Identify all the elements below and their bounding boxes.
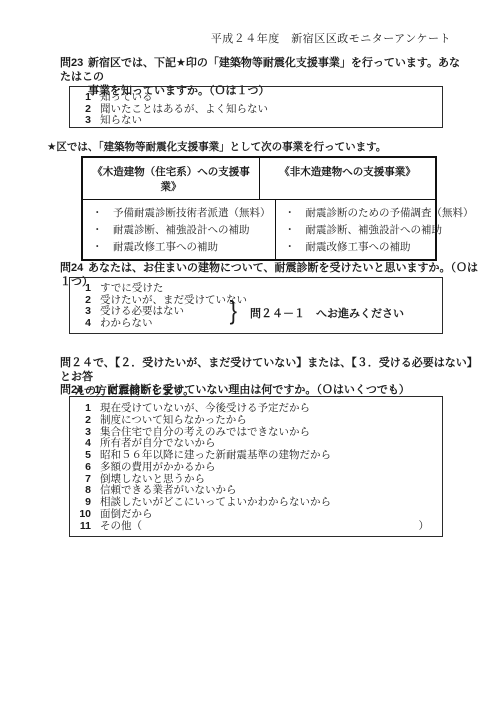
q24-1-option-5: 5昭和５６年以降に建った新耐震基準の建物だから: [70, 450, 442, 462]
star-note-prefix: ★区では、: [47, 141, 98, 153]
star-note-suffix: として次の事業を行っています。: [230, 141, 387, 153]
q23-option-3: 3知らない: [70, 115, 442, 127]
option-label: 面倒だから: [100, 509, 153, 521]
star-note: ★区では、「建築物等耐震化支援事業」として次の事業を行っています。: [47, 139, 386, 154]
support-item: ・ 予備耐震診断技術者派遣（無料）: [92, 208, 271, 219]
q23-options-box: 1知っている 2聞いたことはあるが、よく知らない 3知らない: [69, 86, 443, 128]
support-item: ・ 耐震改修工事への補助: [92, 242, 271, 253]
survey-page: 平成２４年度 新宿区区政モニターアンケート 問23新宿区では、下記★印の「建築物…: [0, 0, 496, 702]
option-number: 1: [70, 403, 91, 415]
option-label: わからない: [100, 318, 153, 330]
q24-1-text: 耐震診断を受けていない理由は何ですか。（Ｏはいくつでも）: [107, 384, 410, 396]
option-number: 10: [70, 509, 91, 521]
q24-1-option-2: 2制度について知らなかったから: [70, 415, 442, 427]
support-table-cell-nonwooden: ・ 耐震診断のための予備調査（無料） ・ 耐震診断、補強設計への補助 ・ 耐震改…: [275, 200, 478, 259]
support-table-header-nonwooden: 《非木造建物への支援事業》: [259, 158, 435, 199]
support-programs-table: 《木造建物（住宅系）への支援事業》 《非木造建物への支援事業》 ・ 予備耐震診断…: [81, 156, 437, 261]
option-label: 知らない: [100, 115, 142, 127]
option-label: 相談したいがどこにいってよいかわからないから: [100, 497, 331, 509]
q24-1-option-6: 6多額の費用がかかるから: [70, 462, 442, 474]
q24-1-option-10: 10面倒だから: [70, 509, 442, 521]
q23-heading-line1: 問23新宿区では、下記★印の「建築物等耐震化支援事業」を行っています。あなたはこ…: [60, 56, 465, 84]
star-note-program-name: 「建築物等耐震化支援事業」: [98, 141, 229, 153]
page-header-title: 平成２４年度 新宿区区政モニターアンケート: [211, 30, 451, 46]
option-number: 9: [70, 497, 91, 509]
support-item: ・ 耐震診断のための予備調査（無料）: [285, 208, 474, 219]
q23-option-1: 1知っている: [70, 92, 442, 104]
option-number: 2: [70, 415, 91, 427]
option-number: 1: [70, 283, 91, 295]
q24-options-box: 1すでに受けた 2受けたいが、まだ受けていない 3受ける必要はない 4わからない…: [69, 277, 443, 334]
support-table-body-row: ・ 予備耐震診断技術者派遣（無料） ・ 耐震診断、補強設計への補助 ・ 耐震改修…: [83, 200, 435, 259]
support-item: ・ 耐震診断、補強設計への補助: [285, 225, 474, 236]
support-table-header-row: 《木造建物（住宅系）への支援事業》 《非木造建物への支援事業》: [83, 158, 435, 200]
option-number: 11: [70, 521, 91, 533]
goto-brace-glyph: }: [230, 297, 237, 323]
q24-1-label: 問24－1: [60, 384, 100, 396]
option-label: 昭和５６年以降に建った新耐震基準の建物だから: [100, 450, 331, 462]
support-table-cell-wooden: ・ 予備耐震診断技術者派遣（無料） ・ 耐震診断、補強設計への補助 ・ 耐震改修…: [83, 200, 275, 259]
option-label: 制度について知らなかったから: [100, 415, 247, 427]
option-label: 知っている: [100, 92, 153, 104]
q24-1-option-1: 1現在受けていないが、今後受ける予定だから: [70, 403, 442, 415]
q24-1-heading: 問24－1耐震診断を受けていない理由は何ですか。（Ｏはいくつでも）: [60, 383, 480, 397]
option-number: 5: [70, 450, 91, 462]
support-item: ・ 耐震改修工事への補助: [285, 242, 474, 253]
option-label: 多額の費用がかかるから: [100, 462, 216, 474]
option-number: 3: [70, 115, 91, 127]
option-label: 現在受けていないが、今後受ける予定だから: [100, 403, 310, 415]
q24-option-1: 1すでに受けた: [70, 283, 442, 295]
option-number: 1: [70, 92, 91, 104]
q24-1-option-9: 9相談したいがどこにいってよいかわからないから: [70, 497, 442, 509]
q23-text-line1: 新宿区では、下記★印の「建築物等耐震化支援事業」を行っています。あなたはこの: [60, 57, 460, 83]
q24-1-options-box: 1現在受けていないが、今後受ける予定だから 2制度について知らなかったから 3集…: [69, 396, 443, 537]
q24-filter-line1: 問２４で、【２．受けたいが、まだ受けていない】または、【３．受ける必要はない】と…: [60, 356, 485, 384]
option-number: 6: [70, 462, 91, 474]
q24-1-option-11: 11その他（）: [70, 521, 442, 533]
option-label-other-close: ）: [419, 521, 430, 533]
goto-instruction: 問２４－１ へお進みください: [250, 305, 404, 321]
option-label-other-open: その他（: [100, 521, 142, 533]
q23-label: 問23: [60, 56, 88, 70]
support-table-header-wooden: 《木造建物（住宅系）への支援事業》: [83, 158, 259, 199]
q24-label: 問24: [60, 261, 88, 275]
option-number: 4: [70, 318, 91, 330]
option-label: すでに受けた: [100, 283, 163, 295]
support-item: ・ 耐震診断、補強設計への補助: [92, 225, 271, 236]
